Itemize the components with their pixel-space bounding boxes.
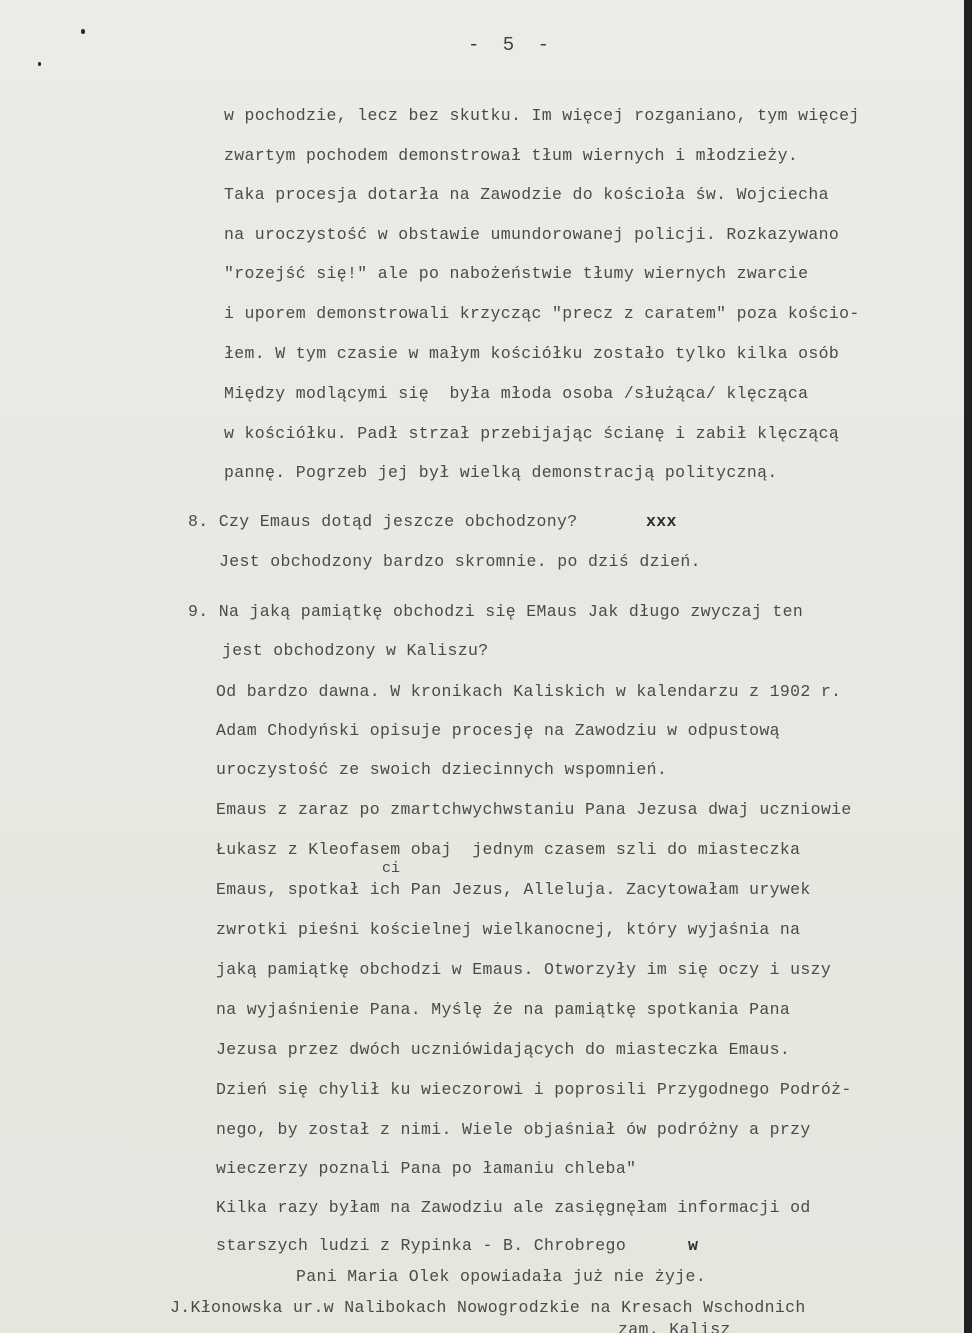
text-line: na uroczystość w obstawie umundorowanej … — [224, 225, 839, 245]
ink-speck — [81, 29, 85, 34]
text-line: Emaus z zaraz po zmartchwychwstaniu Pana… — [216, 800, 852, 820]
text-line: Kilka razy byłam na Zawodziu ale zasięgn… — [216, 1198, 811, 1218]
text-line: Jezusa przez dwóch uczniówidających do m… — [216, 1040, 790, 1060]
text-line: zam. Kalisz — [618, 1320, 731, 1333]
text-line: Między modlącymi się była młoda osoba /s… — [224, 384, 808, 404]
text-line: uroczystość ze swoich dziecinnych wspomn… — [216, 760, 667, 780]
struck-overtype: w — [688, 1236, 698, 1256]
text-line: Dzień się chylił ku wieczorowi i poprosi… — [216, 1080, 852, 1100]
text-line: Taka procesja dotarła na Zawodzie do koś… — [224, 185, 829, 205]
text-line: w kościółku. Padł strzał przebijając ści… — [224, 424, 839, 444]
interlinear-insert: ci — [382, 860, 400, 877]
page-number: - 5 - — [468, 34, 555, 56]
text-line: Łukasz z Kleofasem obaj jednym czasem sz… — [216, 840, 800, 860]
text-line: Od bardzo dawna. W kronikach Kaliskich w… — [216, 682, 841, 702]
text-line: pannę. Pogrzeb jej był wielką demonstrac… — [224, 463, 778, 483]
text-line: jaką pamiątkę obchodzi w Emaus. Otworzył… — [216, 960, 831, 980]
text-line: starszych ludzi z Rypinka - B. Chrobrego — [216, 1236, 626, 1256]
text-line: J.Kłonowska ur.w Nalibokach Nowogrodzkie… — [170, 1298, 806, 1318]
struck-overtype: xxx — [646, 512, 677, 532]
scan-edge — [964, 0, 972, 1333]
text-line: jest obchodzony w Kaliszu? — [222, 641, 489, 661]
text-line: w pochodzie, lecz bez skutku. Im więcej … — [224, 106, 860, 126]
text-line: zwrotki pieśni kościelnej wielkanocnej, … — [216, 920, 800, 940]
text-line: wieczerzy poznali Pana po łamaniu chleba… — [216, 1159, 636, 1179]
text-line: i uporem demonstrowali krzycząc "precz z… — [224, 304, 860, 324]
text-line: Emaus, spotkał ich Pan Jezus, Alleluja. … — [216, 880, 811, 900]
text-line: łem. W tym czasie w małym kościółku zost… — [224, 344, 839, 364]
text-line: Jest obchodzony bardzo skromnie. po dziś… — [219, 552, 701, 572]
text-line: na wyjaśnienie Pana. Myślę że na pamiątk… — [216, 1000, 790, 1020]
text-line: Adam Chodyński opisuje procesję na Zawod… — [216, 721, 780, 741]
text-line: Pani Maria Olek opowiadała już nie żyje. — [296, 1267, 706, 1287]
text-line: 9. Na jaką pamiątkę obchodzi się EMaus J… — [188, 602, 803, 622]
text-line: nego, by został z nimi. Wiele objaśniał … — [216, 1120, 811, 1140]
scanned-page: - 5 - w pochodzie, lecz bez skutku. Im w… — [0, 0, 964, 1333]
text-line: "rozejść się!" ale po nabożeństwie tłumy… — [224, 264, 808, 284]
text-line: 8. Czy Emaus dotąd jeszcze obchodzony? — [188, 512, 578, 532]
text-line: zwartym pochodem demonstrował tłum wiern… — [224, 146, 798, 166]
ink-speck — [38, 62, 41, 66]
